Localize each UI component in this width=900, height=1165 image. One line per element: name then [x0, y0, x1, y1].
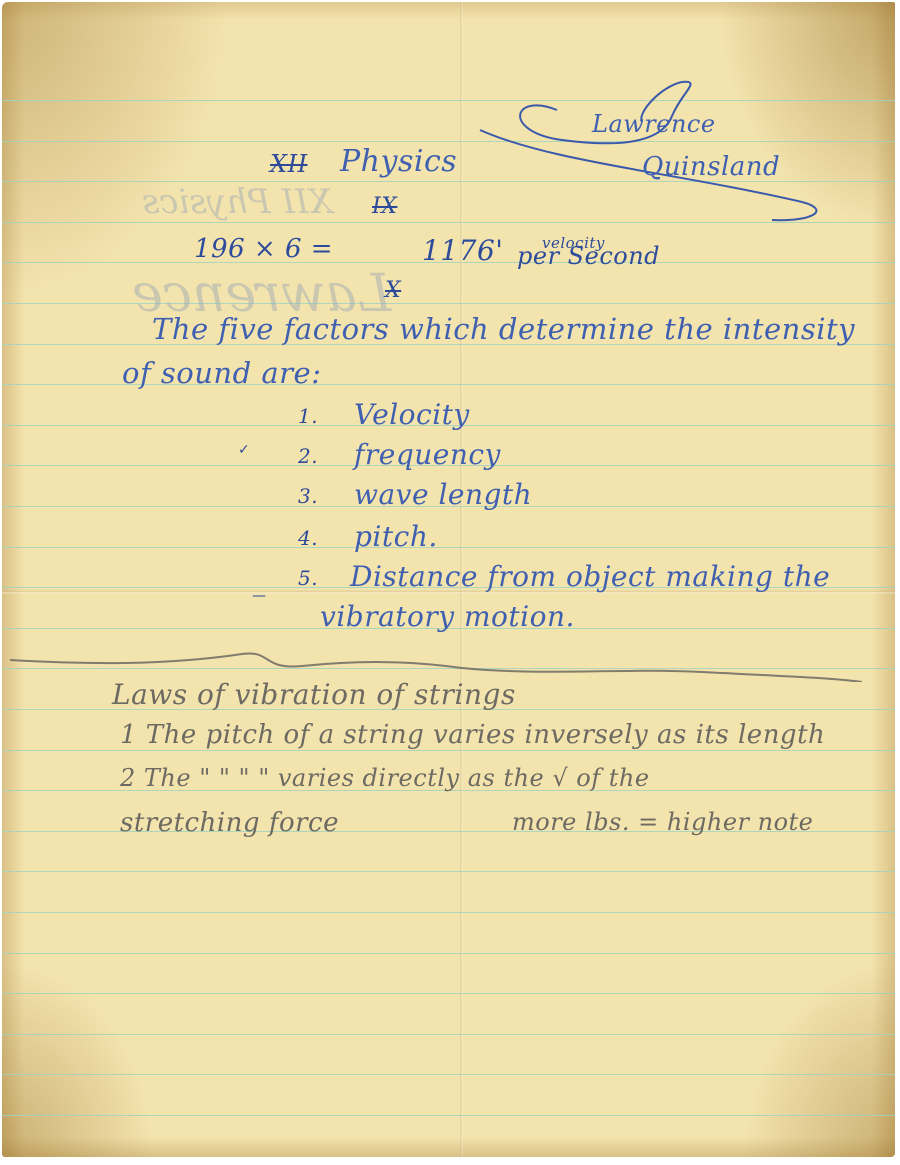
ruled-line [2, 953, 895, 954]
factor-text: frequency [354, 438, 501, 471]
margin-dash-mark: — [252, 588, 266, 604]
law-2-line-2: stretching force [120, 808, 339, 838]
calculation-unit: per Second [517, 242, 660, 270]
law-1: 1 The pitch of a string varies inversely… [120, 720, 825, 750]
ruled-line [2, 1074, 895, 1075]
law-2-line-1: 2 The " " " " varies directly as the √ o… [120, 764, 650, 792]
factor-5-continuation: vibratory motion. [320, 600, 575, 633]
factor-text: wave length [354, 478, 532, 511]
factor-text: pitch. [354, 520, 438, 553]
factor-number: 2. [298, 444, 318, 468]
subject-label: Physics [340, 144, 457, 179]
pencil-divider-line [2, 642, 895, 682]
signature-last-name: Quinsland [642, 152, 780, 182]
factor-number: 5. [298, 566, 318, 590]
ruled-line [2, 750, 895, 751]
ruled-line [2, 871, 895, 872]
bleed-through-heading: XII Physics [142, 182, 333, 222]
ruled-line [2, 993, 895, 994]
ruled-line [2, 1034, 895, 1035]
question-9-label: IX [372, 194, 397, 219]
factor-text: Distance from object making the [350, 560, 830, 593]
margin-check-mark: ✓ [238, 442, 250, 458]
factor-number: 3. [298, 484, 318, 508]
factor-number: 1. [298, 404, 318, 428]
notebook-page: XII Physics Lawrence Lawrence Quinsland … [2, 2, 895, 1157]
calculation-result: 1176' [422, 234, 503, 267]
intro-line-2: of sound are: [122, 356, 321, 390]
ruled-line [2, 547, 895, 548]
signature-first-name: Lawrence [592, 110, 716, 138]
grade-label: XII [270, 150, 308, 178]
factor-number: 4. [298, 526, 318, 550]
law-2-note: more lbs. = higher note [512, 808, 813, 836]
laws-title: Laws of vibration of strings [112, 678, 516, 711]
factor-text: Velocity [354, 398, 470, 431]
ruled-line [2, 912, 895, 913]
calculation: 196 × 6 = [194, 234, 333, 264]
question-10-label: X [385, 278, 401, 303]
intro-line-1: The five factors which determine the int… [152, 312, 855, 346]
ruled-line [2, 1115, 895, 1116]
